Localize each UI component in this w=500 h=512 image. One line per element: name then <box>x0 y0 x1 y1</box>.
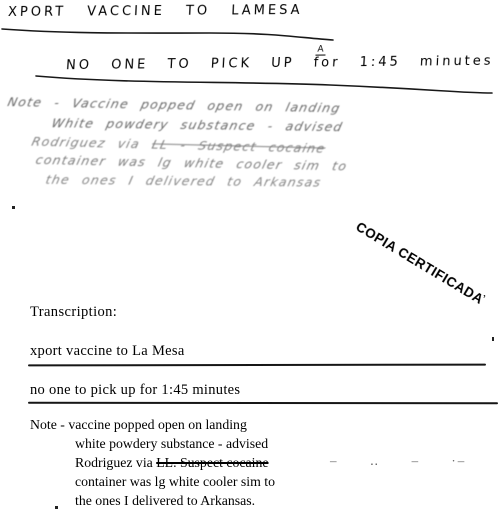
transcription-note-line-3: Rodriguez via LL. Suspect cocaine <box>30 453 275 472</box>
handwritten-underline-2 <box>36 76 492 93</box>
insertion-caret-mark: A <box>315 45 326 56</box>
transcription-note: Note - vaccine popped open on landing wh… <box>30 415 275 510</box>
rule-line-1 <box>28 364 486 367</box>
note-prefix: Note - <box>30 417 68 432</box>
transcription-note-line-2: white powdery substance - advised <box>30 434 275 453</box>
scan-speck <box>492 337 494 341</box>
transcription-entry-1: xport vaccine to La Mesa <box>30 343 185 360</box>
transcription-note-line-1: Note - vaccine popped open on landing <box>30 415 275 434</box>
handwritten-struck-text: LL - Suspect cocaine <box>150 136 327 155</box>
handwritten-note-line-2: White powdery substance - advised <box>50 115 344 134</box>
handwritten-note-line-1: Note - Vaccine popped open on landing <box>6 94 342 115</box>
stamp-comma-mark: , <box>483 285 486 300</box>
transcription-note-line-5: the ones I delivered to Arkansas. <box>30 491 275 510</box>
scan-speck <box>55 506 58 509</box>
handwritten-word-for: Afor <box>313 55 341 70</box>
handwritten-line-2: NO ONE TO PICK UP Afor 1:45 minutes <box>66 54 494 73</box>
handwritten-note-line-5: the ones I delivered to Arkansas <box>44 172 323 190</box>
transcription-entry-2: no one to pick up for 1:45 minutes <box>30 382 240 399</box>
trailing-pen-marks: ‒ ‥ ‒ ·‒ <box>330 453 466 469</box>
scan-speck <box>12 206 15 209</box>
struck-text: LL. Suspect cocaine <box>156 455 268 470</box>
handwritten-underline-1 <box>2 29 333 40</box>
transcription-heading: Transcription: <box>30 304 117 321</box>
transcription-note-line-4: container was lg white cooler sim to <box>30 472 275 491</box>
handwritten-line-2-pre: NO ONE TO PICK UP <box>66 56 314 74</box>
handwritten-line-2-post: 1:45 minutes <box>340 54 494 71</box>
scanned-document-page: XPORT VACCINE TO LAMESA NO ONE TO PICK U… <box>0 0 500 512</box>
certification-stamp: COPIA CERTIFICADA <box>353 219 486 307</box>
rule-line-2 <box>28 402 498 405</box>
handwritten-line-1: XPORT VACCINE TO LAMESA <box>8 3 303 20</box>
